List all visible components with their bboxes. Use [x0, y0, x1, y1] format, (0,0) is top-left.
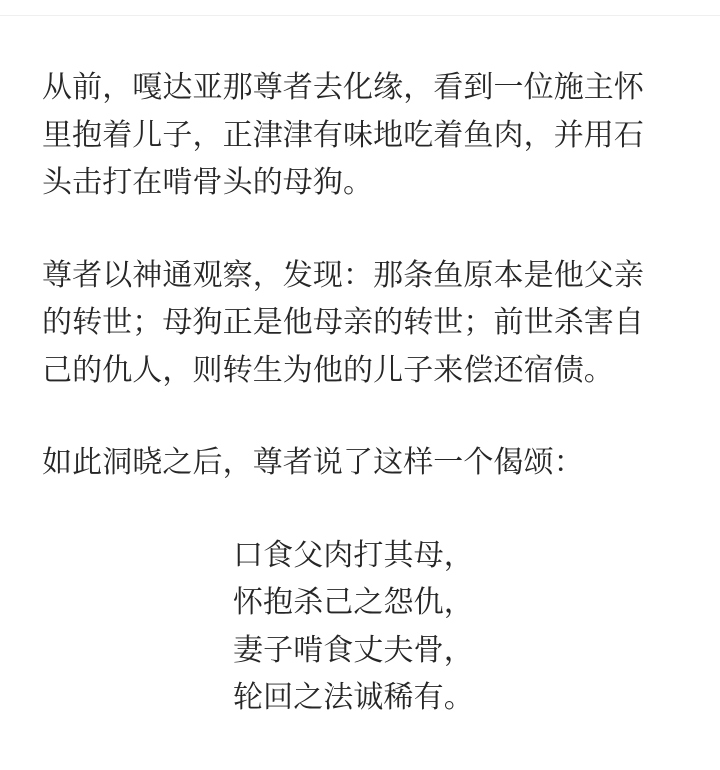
text-line: 头击打在啃骨头的母狗。 — [42, 159, 678, 207]
verse-line: 口食父肉打其母， — [233, 532, 678, 580]
text-line: 里抱着儿子，正津津有味地吃着鱼肉，并用石 — [42, 112, 678, 160]
paragraph-1: 从前，嘎达亚那尊者去化缘，看到一位施主怀 里抱着儿子，正津津有味地吃着鱼肉，并用… — [42, 64, 678, 207]
verse-block: 口食父肉打其母， 怀抱杀己之怨仇， 妻子啃食丈夫骨， 轮回之法诚稀有。 — [233, 532, 678, 722]
text-line: 的转世；母狗正是他母亲的转世；前世杀害自 — [42, 299, 678, 347]
paragraph-3: 如此洞晓之后，尊者说了这样一个偈颂： — [42, 439, 678, 487]
verse-line: 怀抱杀己之怨仇， — [233, 579, 678, 627]
top-divider — [0, 15, 720, 16]
paragraph-2: 尊者以神通观察，发现：那条鱼原本是他父亲 的转世；母狗正是他母亲的转世；前世杀害… — [42, 252, 678, 395]
text-line: 从前，嘎达亚那尊者去化缘，看到一位施主怀 — [42, 64, 678, 112]
text-line: 尊者以神通观察，发现：那条鱼原本是他父亲 — [42, 252, 678, 300]
verse-line: 妻子啃食丈夫骨， — [233, 627, 678, 675]
document-body: 从前，嘎达亚那尊者去化缘，看到一位施主怀 里抱着儿子，正津津有味地吃着鱼肉，并用… — [42, 64, 678, 722]
text-line: 己的仇人，则转生为他的儿子来偿还宿债。 — [42, 347, 678, 395]
verse-line: 轮回之法诚稀有。 — [233, 674, 678, 722]
text-line: 如此洞晓之后，尊者说了这样一个偈颂： — [42, 439, 678, 487]
